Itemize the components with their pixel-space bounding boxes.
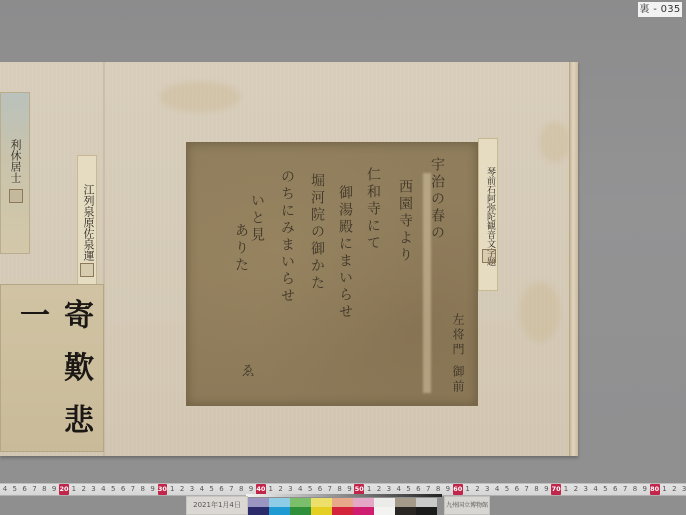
ruler-tick: 1 bbox=[463, 484, 473, 495]
ruler-tick: 8 bbox=[138, 484, 148, 495]
ruler-tick: 8 bbox=[236, 484, 246, 495]
ruler-tick: 6 bbox=[512, 484, 522, 495]
ruler-tick: 7 bbox=[226, 484, 236, 495]
ruler-tick: 4 bbox=[0, 484, 10, 495]
ruler-tick: 3 bbox=[482, 484, 492, 495]
manuscript-column: 仁和寺にて bbox=[363, 167, 383, 252]
ruler-tick: 3 bbox=[581, 484, 591, 495]
left-label-1: 利休居士 bbox=[0, 92, 30, 254]
color-swatch bbox=[269, 498, 290, 515]
ruler-tick: 6 bbox=[217, 484, 227, 495]
ruler-tick: 5 bbox=[108, 484, 118, 495]
color-swatch bbox=[290, 498, 311, 515]
ruler-tick: 7 bbox=[30, 484, 40, 495]
ruler-tick: 70 bbox=[551, 484, 561, 495]
ruler-tick: 7 bbox=[128, 484, 138, 495]
color-swatch bbox=[332, 498, 353, 515]
color-swatch bbox=[395, 498, 416, 515]
ruler-tick: 5 bbox=[207, 484, 217, 495]
ruler-tick: 4 bbox=[591, 484, 601, 495]
ruler-tick: 4 bbox=[98, 484, 108, 495]
ruler-tick: 5 bbox=[10, 484, 20, 495]
ruler-tick: 9 bbox=[541, 484, 551, 495]
letter-text: 寄 歎 悲 一 bbox=[9, 299, 97, 451]
ruler-tick: 80 bbox=[650, 484, 660, 495]
page-number-tag: 裏 - 035 bbox=[638, 2, 682, 17]
color-swatch bbox=[374, 498, 395, 515]
ruler-tick: 8 bbox=[532, 484, 542, 495]
color-swatch bbox=[248, 498, 269, 515]
ruler-tick: 1 bbox=[69, 484, 79, 495]
roller-edge bbox=[569, 62, 578, 456]
ruler-tick: 8 bbox=[630, 484, 640, 495]
color-swatch bbox=[353, 498, 374, 515]
ruler-tick: 4 bbox=[197, 484, 207, 495]
ruler-tick: 6 bbox=[118, 484, 128, 495]
right-label: 琴前石阿弥陀観音文字題 bbox=[478, 138, 498, 291]
seal-icon bbox=[482, 249, 496, 263]
ruler-tick: 7 bbox=[620, 484, 630, 495]
ruler-tick: 5 bbox=[502, 484, 512, 495]
manuscript-column: 堀河院の御かた bbox=[307, 173, 327, 292]
ruler-tick: 9 bbox=[640, 484, 650, 495]
manuscript-column: ありた bbox=[231, 223, 251, 274]
ruler-tick: 9 bbox=[443, 484, 453, 495]
ruler-tick: 2 bbox=[79, 484, 89, 495]
ruler-tick: 2 bbox=[473, 484, 483, 495]
ruler-tick: 4 bbox=[492, 484, 502, 495]
ruler-tick: 30 bbox=[158, 484, 168, 495]
manuscript-column: ゑ bbox=[237, 363, 257, 380]
color-swatch bbox=[416, 498, 437, 515]
manuscript-column: 左将門 御前 bbox=[450, 313, 467, 395]
manuscript-column: のちにみまいらせ bbox=[277, 169, 297, 305]
ruler-tick: 1 bbox=[660, 484, 670, 495]
manuscript-column: 御湯殿にまいらせ bbox=[335, 185, 355, 321]
ruler-tick: 20 bbox=[59, 484, 69, 495]
scroll-mount: 利休居士 江列泉原佐泉運 寄 歎 悲 一 宇治の春の 西園寺より 仁和寺にて 御… bbox=[0, 62, 578, 456]
manuscript-sheet: 宇治の春の 西園寺より 仁和寺にて 御湯殿にまいらせ 堀河院の御かた のちにみま… bbox=[186, 142, 478, 406]
color-chart: 2021年1月4日 bbox=[186, 496, 452, 515]
ruler-tick: 2 bbox=[571, 484, 581, 495]
stain bbox=[540, 122, 570, 162]
left-label-1-text: 利休居士 bbox=[7, 101, 23, 221]
ruler-tick: 1 bbox=[561, 484, 571, 495]
ruler-tick: 2 bbox=[177, 484, 187, 495]
ruler-tick: 3 bbox=[89, 484, 99, 495]
ruler-tick: 7 bbox=[522, 484, 532, 495]
ruler-tick: 60 bbox=[453, 484, 463, 495]
stain bbox=[520, 282, 560, 342]
ruler-tick: 3 bbox=[187, 484, 197, 495]
manuscript-column: 宇治の春の bbox=[427, 157, 447, 242]
ruler-tick: 1 bbox=[167, 484, 177, 495]
left-letter-sheet: 寄 歎 悲 一 bbox=[0, 284, 104, 452]
seal-icon bbox=[9, 189, 23, 203]
ruler-tick: 9 bbox=[49, 484, 59, 495]
ruler-tick: 8 bbox=[39, 484, 49, 495]
ruler-tick: 6 bbox=[20, 484, 30, 495]
ruler-tick: 6 bbox=[610, 484, 620, 495]
left-label-2-text: 江列泉原佐泉運 bbox=[80, 184, 96, 261]
color-swatches bbox=[248, 498, 437, 515]
manuscript-column: 西園寺より bbox=[395, 179, 415, 264]
photo-credit: 九州国立博物館 撮影 bbox=[444, 496, 490, 515]
stain bbox=[160, 82, 240, 112]
photo-date: 2021年1月4日 bbox=[186, 496, 248, 515]
ruler-tick: 9 bbox=[148, 484, 158, 495]
color-swatch bbox=[311, 498, 332, 515]
seal-icon bbox=[80, 263, 94, 277]
ruler-tick: 3 bbox=[679, 484, 686, 495]
ruler-tick: 5 bbox=[600, 484, 610, 495]
ruler-tick: 2 bbox=[669, 484, 679, 495]
